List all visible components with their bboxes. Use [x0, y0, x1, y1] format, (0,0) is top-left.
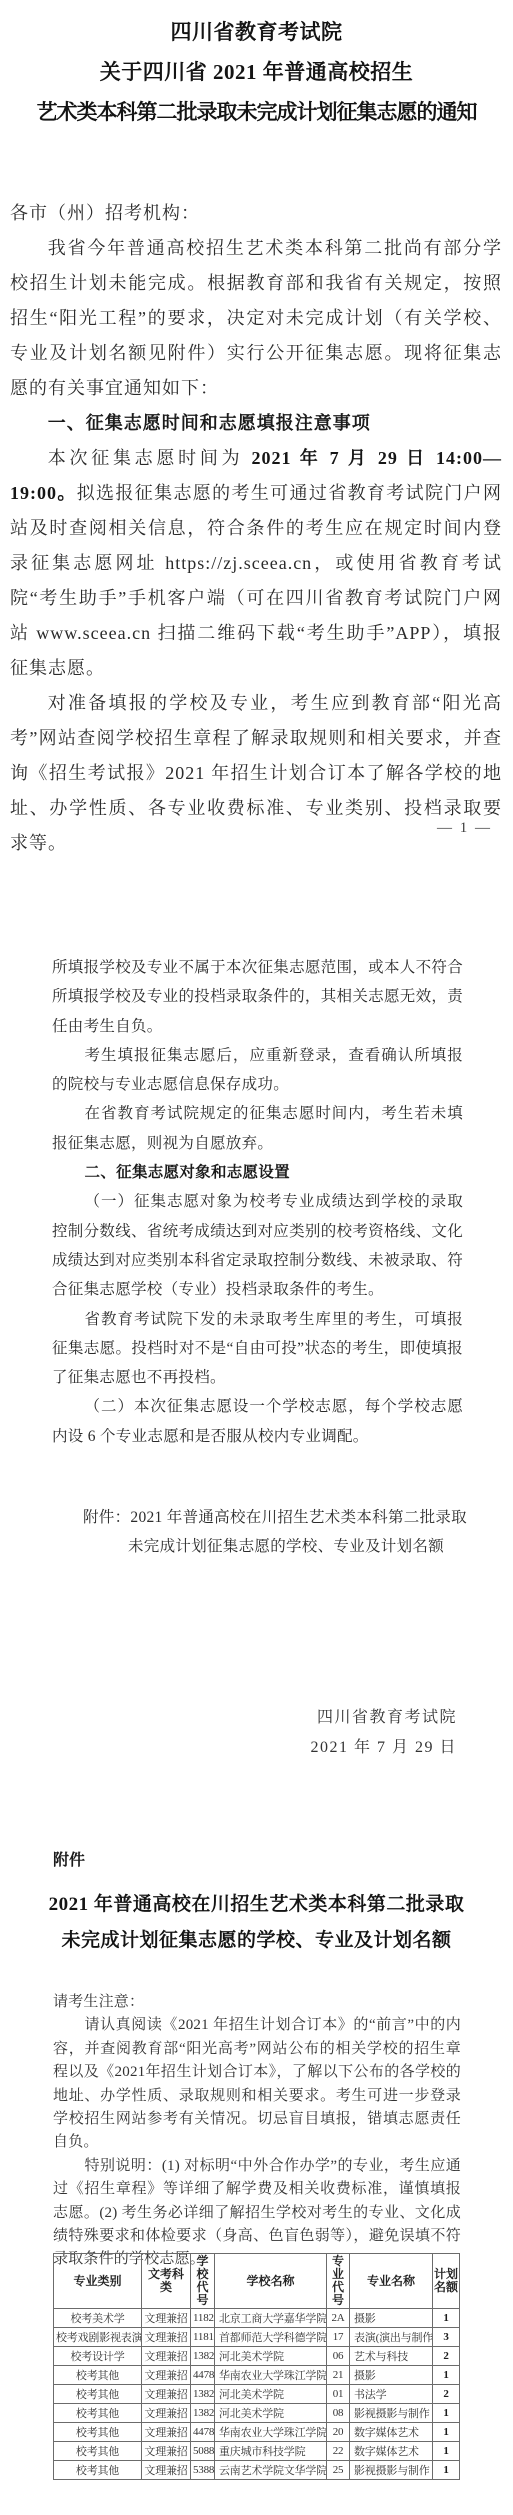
- attachment-title: 2021 年普通高校在川招生艺术类本科第二批录取 未完成计划征集志愿的学校、专业…: [16, 1887, 497, 1959]
- cell-major-name: 影视摄影与制作: [350, 2404, 433, 2423]
- attachment-title-line1: 2021 年普通高校在川招生艺术类本科第二批录取: [16, 1887, 497, 1923]
- cell-major-name: 摄影: [350, 2309, 433, 2328]
- cell-plan-quota: 1: [433, 2442, 460, 2461]
- cell-exam-track: 文理兼招: [142, 2328, 191, 2347]
- notice-para-read-carefully: 请认真阅读《2021 年招生计划合订本》的“前言”中的内容，并查阅教育部“阳光高…: [53, 2014, 461, 2154]
- cell-exam-track: 文理兼招: [142, 2385, 191, 2404]
- table-row: 校考其他 文理兼招 4478 华南农业大学珠江学院 20 数字媒体艺术 1: [54, 2423, 460, 2442]
- cell-school-name: 北京工商大学嘉华学院: [215, 2309, 327, 2328]
- cell-school-code: 4478: [191, 2366, 215, 2385]
- cell-plan-quota: 1: [433, 2366, 460, 2385]
- section-heading-2: 二、征集志愿对象和志愿设置: [52, 1158, 463, 1187]
- para-unadmitted-pool: 省教育考试院下发的未录取考生库里的考生，可填报征集志愿。投档时对不是“自由可投”…: [52, 1305, 463, 1393]
- signature-block: 四川省教育考试院 2021 年 7 月 29 日: [310, 1703, 457, 1763]
- attachment-title-line2: 未完成计划征集志愿的学校、专业及计划名额: [16, 1923, 497, 1959]
- official-notice-document: 四川省教育考试院 关于四川省 2021 年普通高校招生 艺术类本科第二批录取未完…: [0, 0, 513, 2515]
- cell-school-code: 1382: [191, 2347, 215, 2366]
- table-row: 校考美术学 文理兼招 1182 北京工商大学嘉华学院 2A 摄影 1: [54, 2309, 460, 2328]
- para-opening: 我省今年普通高校招生艺术类本科第二批尚有部分学校招生计划未能完成。根据教育部和我…: [10, 231, 502, 406]
- cell-school-code: 5388: [191, 2461, 215, 2480]
- cell-major-code: 06: [327, 2347, 350, 2366]
- col-header-plan-quota: 计划名额: [433, 2254, 460, 2309]
- table-row: 校考戏剧影视表演 文理兼招 1181 首都师范大学科德学院 17 表演(演出与制…: [54, 2328, 460, 2347]
- para-volunteer-setting: （二）本次征集志愿设一个学校志愿，每个学校志愿内设 6 个专业志愿和是否服从校内…: [52, 1392, 463, 1451]
- cell-major-category: 校考其他: [54, 2385, 142, 2404]
- page2-body: 所填报学校及专业不属于本次征集志愿范围，或本人不符合所填报学校及专业的投档录取条…: [52, 953, 463, 1451]
- table-row: 校考其他 文理兼招 5088 重庆城市科技学院 22 数字媒体艺术 1: [54, 2442, 460, 2461]
- cell-school-name: 华南农业大学珠江学院: [215, 2423, 327, 2442]
- col-header-major-code: 专业代号: [327, 2254, 350, 2309]
- attachment-notice: 请考生注意： 请认真阅读《2021 年招生计划合订本》的“前言”中的内容，并查阅…: [53, 1991, 461, 2272]
- plan-table: 专业类别 文考科类 学校代号 学校名称 专业代号 专业名称 计划名额 校考美术学…: [53, 2253, 460, 2480]
- cell-major-category: 校考设计学: [54, 2347, 142, 2366]
- table-header-row: 专业类别 文考科类 学校代号 学校名称 专业代号 专业名称 计划名额: [54, 2254, 460, 2309]
- cell-school-code: 1382: [191, 2404, 215, 2423]
- para-target-students: （一）征集志愿对象为校考专业成绩达到学校的录取控制分数线、省统考成绩达到对应类别…: [52, 1187, 463, 1304]
- cell-major-code: 25: [327, 2461, 350, 2480]
- cell-major-code: 01: [327, 2385, 350, 2404]
- cell-school-name: 首都师范大学科德学院: [215, 2328, 327, 2347]
- notice-label: 请考生注意：: [53, 1991, 461, 2014]
- attachment-label: 附件：: [83, 1509, 130, 1526]
- attachment-reference: 附件：2021 年普通高校在川招生艺术类本科第二批录取 未完成计划征集志愿的学校…: [52, 1503, 472, 1562]
- table-row: 校考其他 文理兼招 5388 云南艺术学院文华学院 25 影视摄影与制作 1: [54, 2461, 460, 2480]
- cell-plan-quota: 1: [433, 2461, 460, 2480]
- cell-school-code: 1382: [191, 2385, 215, 2404]
- cell-school-name: 华南农业大学珠江学院: [215, 2366, 327, 2385]
- col-header-school-code: 学校代号: [191, 2254, 215, 2309]
- cell-exam-track: 文理兼招: [142, 2309, 191, 2328]
- attachment-ref-text1: 2021 年普通高校在川招生艺术类本科第二批录取: [130, 1509, 467, 1526]
- cell-plan-quota: 2: [433, 2385, 460, 2404]
- cell-major-name: 摄影: [350, 2366, 433, 2385]
- plan-table-container: 专业类别 文考科类 学校代号 学校名称 专业代号 专业名称 计划名额 校考美术学…: [53, 2253, 460, 2480]
- signature-org: 四川省教育考试院: [310, 1703, 457, 1733]
- table-row: 校考设计学 文理兼招 1382 河北美术学院 06 艺术与科技 2: [54, 2347, 460, 2366]
- para-invalid-volunteer: 所填报学校及专业不属于本次征集志愿范围，或本人不符合所填报学校及专业的投档录取条…: [52, 953, 463, 1041]
- doc-title-line3: 艺术类本科第二批录取未完成计划征集志愿的通知: [8, 92, 505, 132]
- cell-school-code: 4478: [191, 2423, 215, 2442]
- cell-school-code: 1182: [191, 2309, 215, 2328]
- cell-major-code: 21: [327, 2366, 350, 2385]
- cell-exam-track: 文理兼招: [142, 2366, 191, 2385]
- para-time: 本次征集志愿时间为 2021 年 7 月 29 日 14:00—19:00。拟选…: [10, 441, 502, 686]
- cell-major-category: 校考其他: [54, 2461, 142, 2480]
- cell-major-code: 08: [327, 2404, 350, 2423]
- cell-major-name: 数字媒体艺术: [350, 2442, 433, 2461]
- doc-title-line1: 四川省教育考试院: [8, 12, 505, 52]
- cell-school-code: 5088: [191, 2442, 215, 2461]
- cell-school-name: 河北美术学院: [215, 2385, 327, 2404]
- cell-plan-quota: 1: [433, 2309, 460, 2328]
- table-row: 校考其他 文理兼招 4478 华南农业大学珠江学院 21 摄影 1: [54, 2366, 460, 2385]
- cell-major-code: 22: [327, 2442, 350, 2461]
- cell-exam-track: 文理兼招: [142, 2461, 191, 2480]
- cell-exam-track: 文理兼招: [142, 2347, 191, 2366]
- para-confirm-save: 考生填报征集志愿后，应重新登录，查看确认所填报的院校与专业志愿信息保存成功。: [52, 1041, 463, 1100]
- cell-major-category: 校考其他: [54, 2423, 142, 2442]
- cell-major-code: 20: [327, 2423, 350, 2442]
- para-time-rest: 拟选报征集志愿的考生可通过省教育考试院门户网站及时查阅相关信息，符合条件的考生应…: [10, 483, 502, 678]
- col-header-major-name: 专业名称: [350, 2254, 433, 2309]
- attachment-section-label: 附件: [53, 1847, 85, 1870]
- cell-major-category: 校考其他: [54, 2366, 142, 2385]
- cell-major-code: 17: [327, 2328, 350, 2347]
- salutation: 各市（州）招考机构：: [10, 196, 502, 231]
- cell-school-name: 河北美术学院: [215, 2404, 327, 2423]
- cell-major-name: 数字媒体艺术: [350, 2423, 433, 2442]
- doc-title: 四川省教育考试院 关于四川省 2021 年普通高校招生 艺术类本科第二批录取未完…: [8, 12, 505, 132]
- para-give-up: 在省教育考试院规定的征集志愿时间内，考生若未填报征集志愿，则视为自愿放弃。: [52, 1099, 463, 1158]
- cell-school-name: 重庆城市科技学院: [215, 2442, 327, 2461]
- cell-plan-quota: 3: [433, 2328, 460, 2347]
- cell-major-category: 校考其他: [54, 2442, 142, 2461]
- doc-title-line2: 关于四川省 2021 年普通高校招生: [8, 52, 505, 92]
- cell-major-code: 2A: [327, 2309, 350, 2328]
- col-header-major-category: 专业类别: [54, 2254, 142, 2309]
- cell-major-name: 影视摄影与制作: [350, 2461, 433, 2480]
- col-header-school-name: 学校名称: [215, 2254, 327, 2309]
- cell-plan-quota: 2: [433, 2347, 460, 2366]
- cell-school-name: 云南艺术学院文华学院: [215, 2461, 327, 2480]
- cell-exam-track: 文理兼招: [142, 2442, 191, 2461]
- signature-date: 2021 年 7 月 29 日: [310, 1733, 457, 1763]
- cell-exam-track: 文理兼招: [142, 2423, 191, 2442]
- page1-body: 各市（州）招考机构： 我省今年普通高校招生艺术类本科第二批尚有部分学校招生计划未…: [10, 196, 502, 861]
- para-consult: 对准备填报的学校及专业，考生应到教育部“阳光高考”网站查阅学校招生章程了解录取规…: [10, 686, 502, 861]
- cell-major-category: 校考其他: [54, 2404, 142, 2423]
- cell-major-name: 书法学: [350, 2385, 433, 2404]
- cell-major-name: 表演(演出与制作): [350, 2328, 433, 2347]
- page-number: — 1 —: [437, 820, 492, 837]
- col-header-exam-track: 文考科类: [142, 2254, 191, 2309]
- cell-exam-track: 文理兼招: [142, 2404, 191, 2423]
- cell-major-name: 艺术与科技: [350, 2347, 433, 2366]
- section-heading-1: 一、征集志愿时间和志愿填报注意事项: [10, 406, 502, 441]
- table-row: 校考其他 文理兼招 1382 河北美术学院 08 影视摄影与制作 1: [54, 2404, 460, 2423]
- cell-plan-quota: 1: [433, 2423, 460, 2442]
- cell-school-name: 河北美术学院: [215, 2347, 327, 2366]
- attachment-ref-text2: 未完成计划征集志愿的学校、专业及计划名额: [128, 1532, 472, 1561]
- table-row: 校考其他 文理兼招 1382 河北美术学院 01 书法学 2: [54, 2385, 460, 2404]
- cell-major-category: 校考美术学: [54, 2309, 142, 2328]
- cell-plan-quota: 1: [433, 2404, 460, 2423]
- cell-major-category: 校考戏剧影视表演: [54, 2328, 142, 2347]
- para-time-prefix: 本次征集志愿时间为: [48, 448, 252, 468]
- cell-school-code: 1181: [191, 2328, 215, 2347]
- attachment-reference-line1: 附件：2021 年普通高校在川招生艺术类本科第二批录取: [83, 1503, 472, 1532]
